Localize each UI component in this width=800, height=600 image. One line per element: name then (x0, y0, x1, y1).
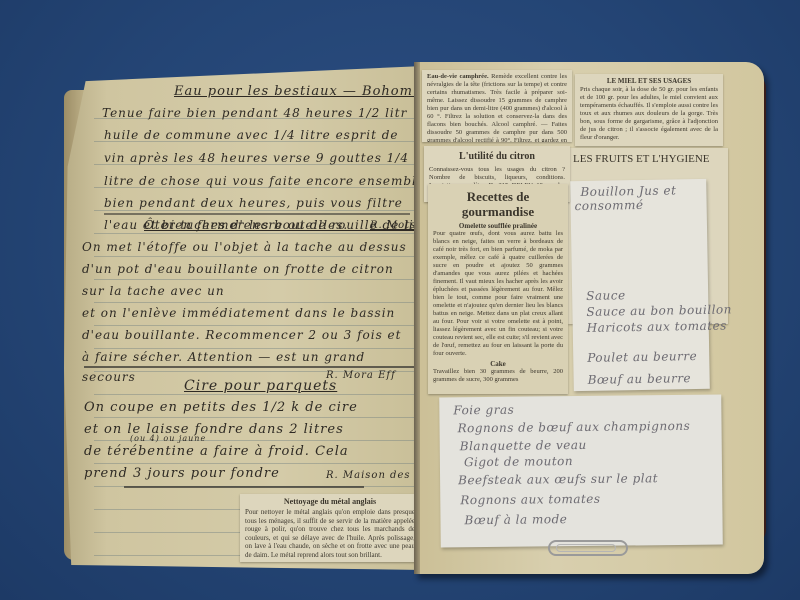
clipping-title: Nettoyage du métal anglais (245, 497, 415, 506)
recipe2-line: et on l'enlève immédiatement dans le bas… (82, 306, 395, 320)
recipe3-annotation: (ou 4) ou jaune (130, 434, 206, 443)
clipping-text-cake: Travaillez bien 30 grammes de beurre, 20… (433, 368, 563, 384)
clipping-text: Pour quatre œufs, dont vous aurez battu … (433, 230, 563, 358)
clipping-eau-de-vie: Eau-de-vie camphrée. Remède excellent co… (422, 70, 572, 142)
clipping-gourmandise: Recettes de gourmandise Omelette soufflé… (428, 184, 568, 394)
recipe1-title: Eau pour les bestiaux — Bohomme Alfonsin… (174, 84, 424, 99)
paperclip (548, 540, 628, 556)
recipe1-line: litre de chose qui vous faite encore ens… (104, 174, 424, 188)
recipe1-line: Tenue faire bien pendant 48 heures 1/2 l… (102, 106, 407, 120)
pencil-line: Haricots aux tomates (587, 318, 727, 334)
clipping-title: L'utilité du citron (429, 151, 565, 163)
pencil-note-menu-top: Bouillon Jus et consommé Sauce Sauce au … (570, 179, 710, 391)
recipe3-line: et on le laisse fondre dans 2 litres (84, 422, 344, 437)
clipping-subtitle: Omelette soufflée pralinée (433, 222, 563, 230)
recipe3-signature: R. Maison des parquets (326, 470, 424, 481)
recipe2-title: Ôter taches d'encre ou de rouille de lin… (144, 218, 424, 232)
clipping-title: Recettes de gourmandise (433, 189, 563, 219)
pencil-line: Bouillon Jus et (580, 183, 676, 199)
clipping-metal-cleaning: Nettoyage du métal anglais Pour nettoyer… (240, 494, 420, 562)
recipe2-line: sur la tache avec un (82, 284, 225, 298)
pencil-line: Blanquette de veau (460, 438, 587, 453)
pencil-line: Rognons de bœuf aux champignons (457, 419, 690, 435)
recipe3-line: prend 3 jours pour fondre (84, 466, 280, 481)
recipe1-line: vin après les 48 heures verse 9 gouttes … (104, 151, 409, 165)
clipping-subtitle-cake: Cake (433, 360, 563, 368)
recipe1-line: bien pendant deux heures, puis vous filt… (104, 196, 403, 210)
recipe3-line: On coupe en petits des 1/2 k de cire (84, 400, 358, 415)
pencil-line: Poulet au beurre (587, 349, 697, 365)
clipping-title: LES FRUITS ET L'HYGIENE (573, 153, 723, 165)
pencil-line: Bœuf à la mode (464, 512, 567, 527)
section-divider (104, 213, 410, 215)
recipe2-line: d'un pot d'eau bouillante on frotte de c… (82, 262, 394, 276)
recipe3-line: de térébentine a faire à froid. Cela (84, 444, 349, 459)
section-divider (124, 486, 364, 488)
pencil-line: Sauce (586, 288, 626, 303)
recipe2-line: secours (82, 370, 136, 384)
pencil-line: Foie gras (453, 403, 514, 418)
pencil-line: consommé (574, 198, 643, 213)
clipping-text: Pris chaque soir, à la dose de 50 gr. po… (580, 86, 718, 142)
clipping-title: Eau-de-vie camphrée. (427, 73, 489, 80)
recipe1-line: huile de commune avec 1/4 litre esprit d… (104, 128, 399, 142)
clipping-text: Remède excellent contre les névralgies d… (427, 73, 567, 142)
pencil-note-menu-bottom: Foie gras Rognons de bœuf aux champignon… (439, 395, 723, 548)
notebook-spine (414, 62, 420, 574)
pencil-line: Gigot de mouton (464, 454, 573, 469)
recipe3-title: Cire pour parquets (184, 378, 337, 394)
recipe2-line: à faire sécher. Attention — est un grand (82, 350, 365, 364)
open-recipe-notebook: Eau pour les bestiaux — Bohomme Alfonsin… (0, 0, 800, 600)
pencil-line: Sauce au bon bouillon (586, 302, 732, 319)
clipping-title: LE MIEL ET SES USAGES (580, 77, 718, 86)
clipping-miel: LE MIEL ET SES USAGES Pris chaque soir, … (575, 74, 723, 146)
clipping-text: Pour nettoyer le métal anglais qu'on emp… (245, 508, 415, 559)
pencil-line: Beefsteak aux œufs sur le plat (458, 471, 658, 487)
section-divider (84, 366, 414, 368)
recipe2-line: On met l'étoffe ou l'objet à la tache au… (82, 240, 407, 254)
recipe2-line: d'eau bouillante. Recommencer 2 ou 3 foi… (82, 328, 401, 342)
pencil-line: Bœuf au beurre (588, 371, 692, 387)
pencil-line: Rognons aux tomates (460, 492, 600, 507)
